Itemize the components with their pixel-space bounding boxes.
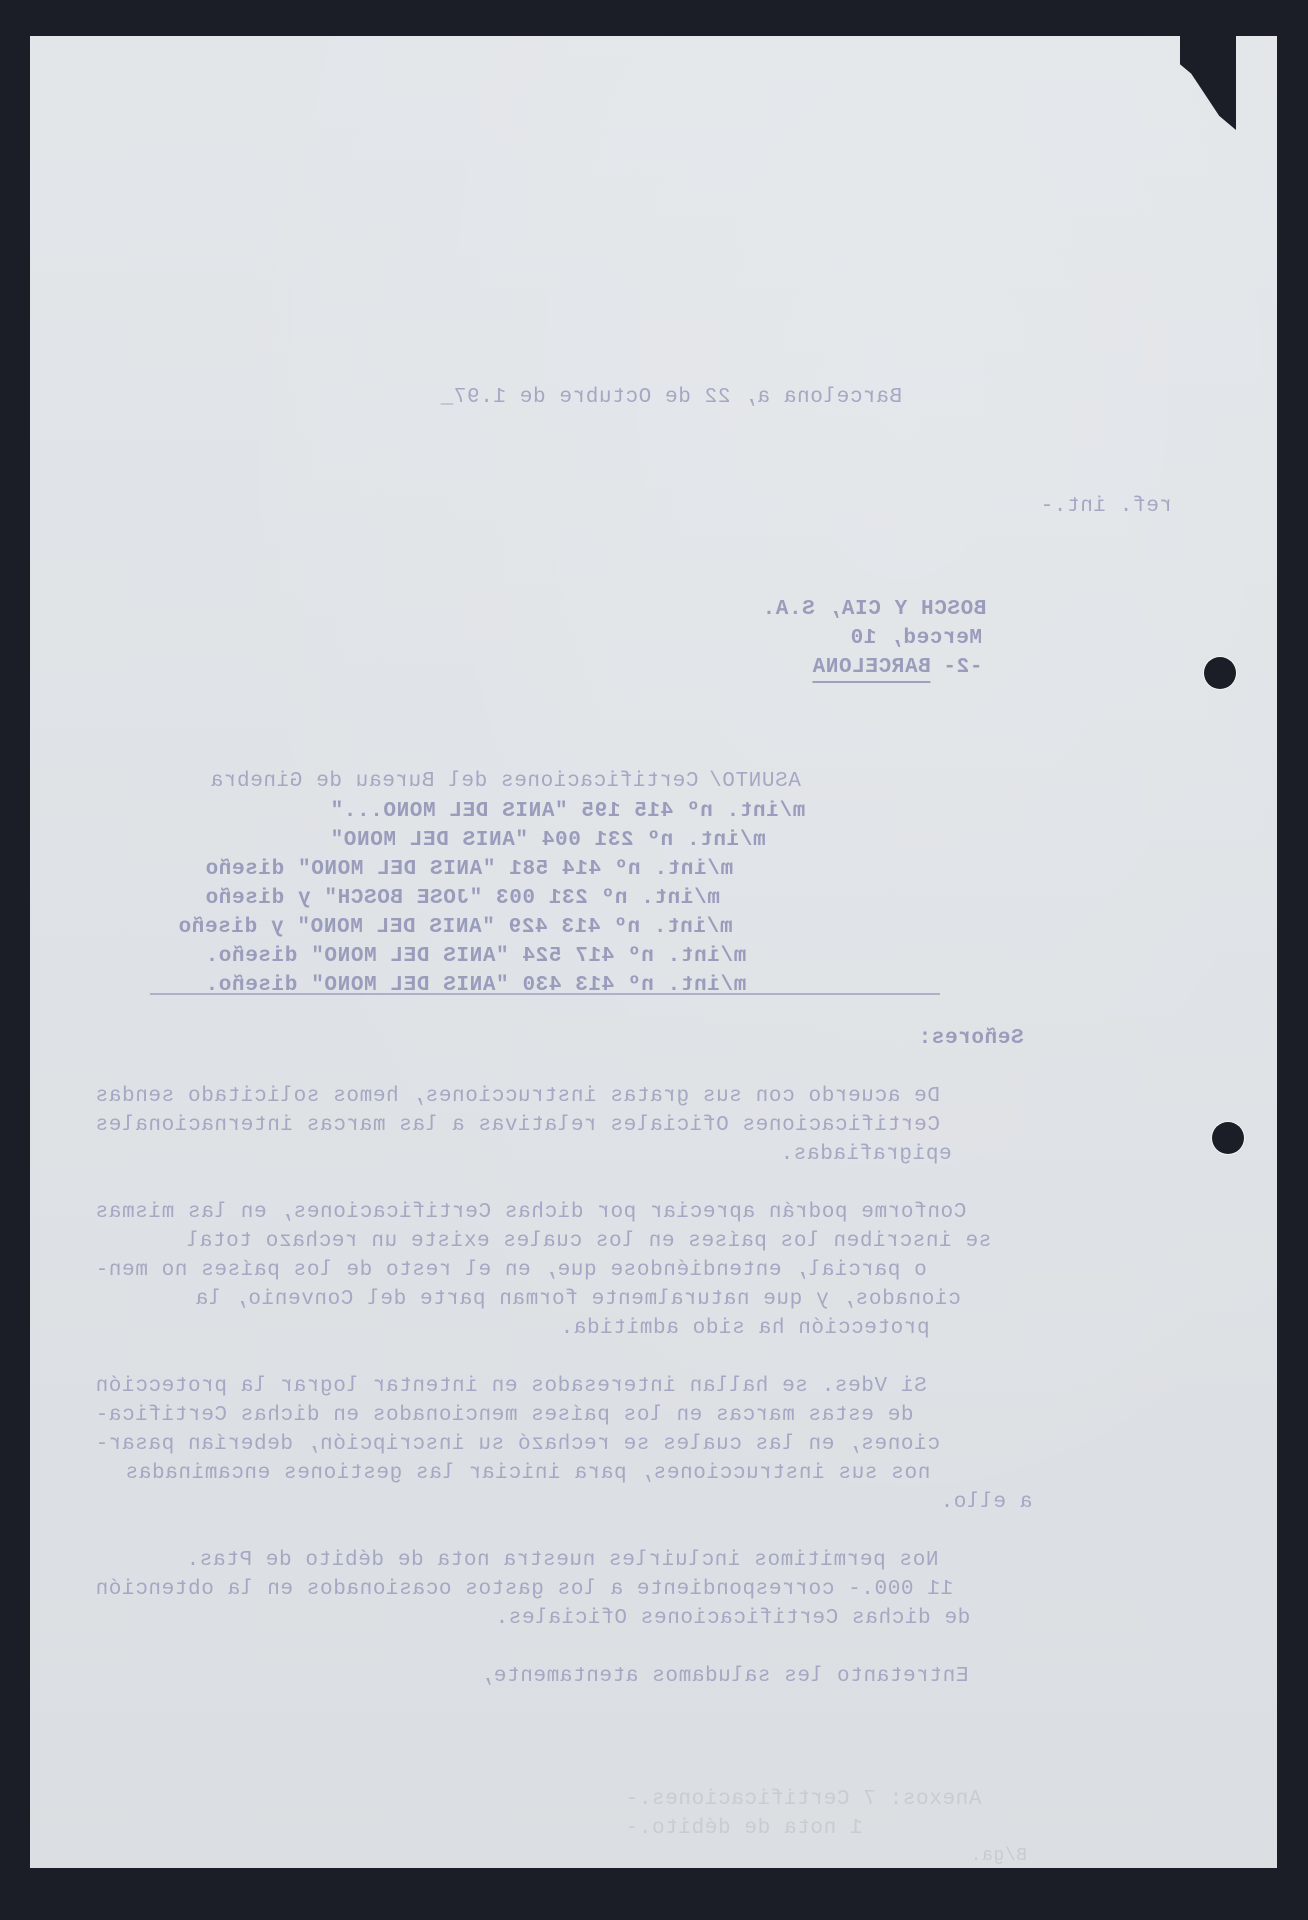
body-line: epigrafiadas. — [780, 1141, 952, 1168]
enclosure-line: 1 nota de débito.- — [625, 1815, 968, 1842]
body-line: de dichas Certificaciones Oficiales. — [495, 1605, 970, 1632]
subject-item: m/int. nº 417 524 "ANIS DEL MONO" diseño… — [205, 943, 746, 970]
subject-item: m/int. nº 231 003 "JOSE BOSCH" y diseño — [205, 885, 720, 912]
body-line: De acuerdo con sus gratas instrucciones,… — [95, 1083, 940, 1110]
body-line: protección ha sido admitida. — [560, 1315, 930, 1342]
body-line: cionados, y que naturalmente forman part… — [195, 1286, 961, 1313]
subject-item: m/int. nº 231 004 "ANIS DEL MONO" — [330, 827, 766, 854]
typist-initials: B/ga. — [970, 1843, 1027, 1870]
punch-hole-icon — [1212, 1122, 1244, 1154]
subject-item: m/int. nº 414 581 "ANIS DEL MONO" diseño — [205, 856, 733, 883]
date-line: Barcelona a, 22 de Octubre de 1.97_ — [440, 384, 902, 411]
punch-hole-icon — [1204, 657, 1236, 689]
enclosure-line: Anexos: 7 Certificaciones.- — [625, 1786, 981, 1813]
recipient-city-line: -2- BARCELONA — [812, 654, 982, 683]
body-line: Certificaciones Oficiales relativas a la… — [95, 1112, 940, 1139]
body-line: Conforme podrán apreciar por dichas Cert… — [95, 1199, 966, 1226]
reference: ref. int.- — [1040, 493, 1172, 520]
closing: Entretanto les saludamos atentamente, — [480, 1663, 968, 1690]
recipient-postal: -2- — [943, 654, 983, 683]
body-line: Nos permitimos incluirles nuestra nota d… — [186, 1547, 939, 1574]
subject-item: m/int. nº 413 429 "ANIS DEL MONO" y dise… — [178, 914, 733, 941]
subject-heading: ASUNTO/ Certificaciones del Bureau de Gi… — [210, 768, 801, 795]
body-line: a ello. — [940, 1489, 1032, 1516]
recipient-street: Merced, 10 — [850, 625, 982, 652]
subject-title: Certificaciones del Bureau de Ginebra — [210, 768, 698, 795]
subject-label: ASUNTO/ — [708, 768, 800, 795]
body-line: ciones, en las cuales se rechazó su insc… — [95, 1431, 940, 1458]
salutation: Señores: — [918, 1025, 1024, 1052]
recipient-city: BARCELONA — [812, 654, 931, 683]
body-line: nos sus instrucciones, para iniciar las … — [125, 1460, 930, 1487]
body-line: 11 000.- correspondiente a los gastos oc… — [95, 1576, 953, 1603]
recipient-name: BOSCH Y CIA, S.A. — [762, 596, 986, 623]
body-line: de estas marcas en los países mencionado… — [95, 1402, 914, 1429]
body-line: se inscriben los países en los cuales ex… — [186, 1228, 991, 1255]
body-line: Si Vdes. se hallan interesados en intent… — [95, 1373, 927, 1400]
subject-item: m/int. nº 415 195 "ANIS DEL MONO..." — [330, 798, 805, 825]
body-line: o parcial, entendiéndose que, en el rest… — [95, 1257, 927, 1284]
subject-underline — [150, 993, 940, 995]
